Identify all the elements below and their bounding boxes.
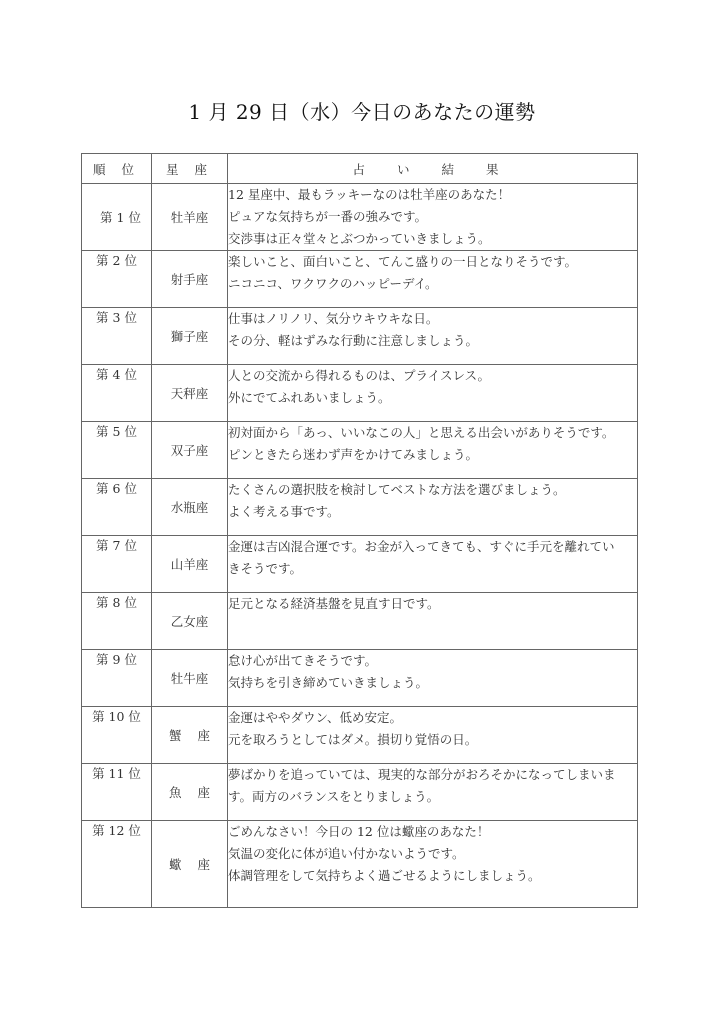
rank-cell: 第 12 位 xyxy=(82,821,152,908)
table-header-row: 順 位 星 座 占 い 結 果 xyxy=(82,154,638,184)
rank-cell: 第 8 位 xyxy=(82,593,152,650)
result-line: 仕事はノリノリ、気分ウキウキな日。 xyxy=(228,308,637,330)
result-cell: 初対面から「あっ、いいなこの人」と思える出会いがありそうです。 ピンときたら迷わ… xyxy=(228,422,638,479)
result-line: 金運はややダウン、低め安定。 xyxy=(228,707,637,729)
result-line: 外にでてふれあいましょう。 xyxy=(228,387,637,409)
table-row: 第 2 位 射手座 楽しいこと、面白いこと、てんこ盛りの一日となりそうです。 ニ… xyxy=(82,251,638,308)
table-row: 第 11 位 魚座 夢ばかりを追っていては、現実的な部分がおろそかになってしまい… xyxy=(82,764,638,821)
sign-cell: 獅子座 xyxy=(152,308,228,365)
result-cell: 足元となる経済基盤を見直す日です。 xyxy=(228,593,638,650)
table-row: 第 1 位 牡羊座 12 星座中、最もラッキーなのは牡羊座のあなた！ ピュアな気… xyxy=(82,184,638,251)
result-line: 体調管理をして気持ちよく過ごせるようにしましょう。 xyxy=(228,865,637,887)
header-sign: 星 座 xyxy=(152,154,228,184)
rank-cell: 第 11 位 xyxy=(82,764,152,821)
result-line: 12 星座中、最もラッキーなのは牡羊座のあなた！ xyxy=(228,184,637,206)
result-line: たくさんの選択肢を検討してベストな方法を選びましょう。 xyxy=(228,479,637,501)
rank-cell: 第 5 位 xyxy=(82,422,152,479)
result-cell: 怠け心が出てきそうです。 気持ちを引き締めていきましょう。 xyxy=(228,650,638,707)
sign-cell: 牡羊座 xyxy=(152,184,228,251)
result-line: す。両方のバランスをとりましょう。 xyxy=(228,786,637,808)
result-line: 人との交流から得れるものは、プライスレス。 xyxy=(228,365,637,387)
result-line: 夢ばかりを追っていては、現実的な部分がおろそかになってしまいま xyxy=(228,764,637,786)
result-line: 足元となる経済基盤を見直す日です。 xyxy=(228,593,637,615)
result-cell: 金運は吉凶混合運です。お金が入ってきても、すぐに手元を離れてい きそうです。 xyxy=(228,536,638,593)
table-row: 第 12 位 蠍座 ごめんなさい！今日の 12 位は蠍座のあなた！ 気温の変化に… xyxy=(82,821,638,908)
result-line: よく考える事です。 xyxy=(228,501,637,523)
rank-cell: 第 1 位 xyxy=(82,184,152,251)
table-row: 第 5 位 双子座 初対面から「あっ、いいなこの人」と思える出会いがありそうです… xyxy=(82,422,638,479)
result-cell: 夢ばかりを追っていては、現実的な部分がおろそかになってしまいま す。両方のバラン… xyxy=(228,764,638,821)
table-row: 第 10 位 蟹座 金運はややダウン、低め安定。 元を取ろうとしてはダメ。損切り… xyxy=(82,707,638,764)
sign-cell: 天秤座 xyxy=(152,365,228,422)
result-line: きそうです。 xyxy=(228,558,637,580)
result-cell: 楽しいこと、面白いこと、てんこ盛りの一日となりそうです。 ニコニコ、ワクワクのハ… xyxy=(228,251,638,308)
result-cell: ごめんなさい！今日の 12 位は蠍座のあなた！ 気温の変化に体が追い付かないよう… xyxy=(228,821,638,908)
result-cell: 仕事はノリノリ、気分ウキウキな日。 その分、軽はずみな行動に注意しましょう。 xyxy=(228,308,638,365)
sign-cell: 乙女座 xyxy=(152,593,228,650)
table-row: 第 4 位 天秤座 人との交流から得れるものは、プライスレス。 外にでてふれあい… xyxy=(82,365,638,422)
sign-cell: 蠍座 xyxy=(152,821,228,908)
fortune-ranking-table: 順 位 星 座 占 い 結 果 第 1 位 牡羊座 12 星座中、最もラッキーな… xyxy=(81,153,638,908)
result-line: 楽しいこと、面白いこと、てんこ盛りの一日となりそうです。 xyxy=(228,251,637,273)
result-line: その分、軽はずみな行動に注意しましょう。 xyxy=(228,330,637,352)
result-cell: 12 星座中、最もラッキーなのは牡羊座のあなた！ ピュアな気持ちが一番の強みです… xyxy=(228,184,638,251)
rank-cell: 第 4 位 xyxy=(82,365,152,422)
result-line: ごめんなさい！今日の 12 位は蠍座のあなた！ xyxy=(228,821,637,843)
rank-cell: 第 7 位 xyxy=(82,536,152,593)
result-line: 初対面から「あっ、いいなこの人」と思える出会いがありそうです。 xyxy=(228,422,637,444)
sign-cell: 水瓶座 xyxy=(152,479,228,536)
result-line: 金運は吉凶混合運です。お金が入ってきても、すぐに手元を離れてい xyxy=(228,536,637,558)
header-rank: 順 位 xyxy=(82,154,152,184)
result-line: 気温の変化に体が追い付かないようです。 xyxy=(228,843,637,865)
rank-cell: 第 6 位 xyxy=(82,479,152,536)
result-line: 気持ちを引き締めていきましょう。 xyxy=(228,672,637,694)
result-line: 怠け心が出てきそうです。 xyxy=(228,650,637,672)
header-result: 占 い 結 果 xyxy=(228,154,638,184)
table-row: 第 6 位 水瓶座 たくさんの選択肢を検討してベストな方法を選びましょう。 よく… xyxy=(82,479,638,536)
result-cell: 人との交流から得れるものは、プライスレス。 外にでてふれあいましょう。 xyxy=(228,365,638,422)
result-line: 元を取ろうとしてはダメ。損切り覚悟の日。 xyxy=(228,729,637,751)
result-cell: 金運はややダウン、低め安定。 元を取ろうとしてはダメ。損切り覚悟の日。 xyxy=(228,707,638,764)
table-row: 第 3 位 獅子座 仕事はノリノリ、気分ウキウキな日。 その分、軽はずみな行動に… xyxy=(82,308,638,365)
result-line: ピュアな気持ちが一番の強みです。 xyxy=(228,206,637,228)
sign-cell: 牡牛座 xyxy=(152,650,228,707)
page-title: 1 月 29 日（水）今日のあなたの運勢 xyxy=(0,96,724,125)
rank-cell: 第 9 位 xyxy=(82,650,152,707)
table-row: 第 9 位 牡牛座 怠け心が出てきそうです。 気持ちを引き締めていきましょう。 xyxy=(82,650,638,707)
result-line: ピンときたら迷わず声をかけてみましょう。 xyxy=(228,444,637,466)
rank-cell: 第 10 位 xyxy=(82,707,152,764)
sign-cell: 双子座 xyxy=(152,422,228,479)
result-line: 交渉事は正々堂々とぶつかっていきましょう。 xyxy=(228,228,637,250)
table-row: 第 8 位 乙女座 足元となる経済基盤を見直す日です。 xyxy=(82,593,638,650)
sign-cell: 魚座 xyxy=(152,764,228,821)
table-row: 第 7 位 山羊座 金運は吉凶混合運です。お金が入ってきても、すぐに手元を離れて… xyxy=(82,536,638,593)
result-line: ニコニコ、ワクワクのハッピーデイ。 xyxy=(228,273,637,295)
rank-cell: 第 2 位 xyxy=(82,251,152,308)
result-cell: たくさんの選択肢を検討してベストな方法を選びましょう。 よく考える事です。 xyxy=(228,479,638,536)
sign-cell: 蟹座 xyxy=(152,707,228,764)
sign-cell: 射手座 xyxy=(152,251,228,308)
sign-cell: 山羊座 xyxy=(152,536,228,593)
rank-cell: 第 3 位 xyxy=(82,308,152,365)
